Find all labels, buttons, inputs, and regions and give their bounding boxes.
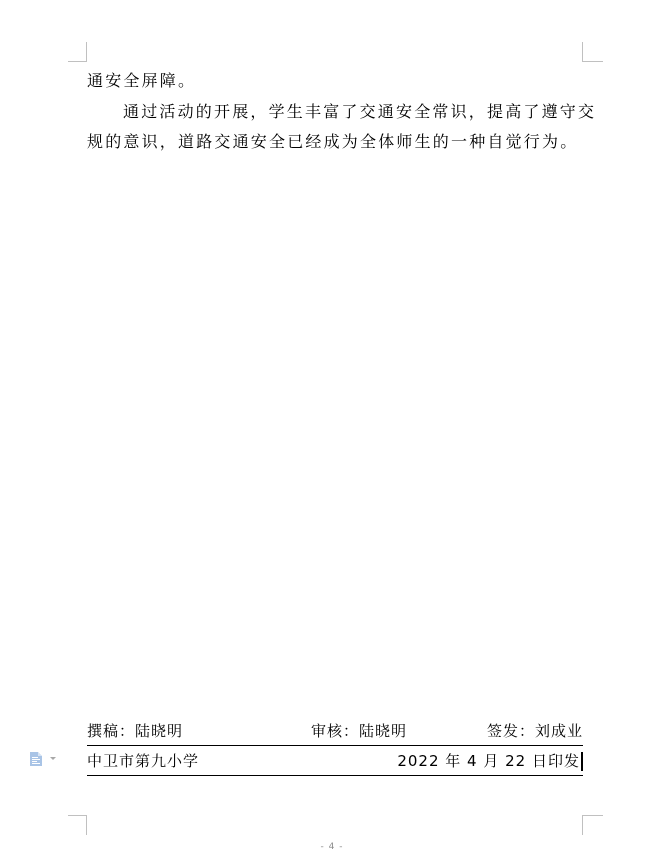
- issue-date[interactable]: 2022 年 4 月 22 日印发: [397, 752, 580, 770]
- document-page: 通安全屏障。 通过活动的开展，学生丰富了交通安全常识，提高了遵守交 规的意识，道…: [0, 0, 664, 863]
- crop-mark-bottom-right: [582, 815, 603, 835]
- organization-name[interactable]: 中卫市第九小学: [87, 750, 199, 771]
- drafter-label[interactable]: 撰稿：陆晓明: [87, 720, 257, 741]
- crop-mark-bottom-left: [68, 815, 87, 835]
- issuer-label[interactable]: 签发：刘成业: [487, 720, 583, 741]
- reviewer-label[interactable]: 审核：陆晓明: [263, 720, 481, 741]
- chevron-down-icon[interactable]: [50, 757, 56, 760]
- document-footer-block: 撰稿：陆晓明 审核：陆晓明 签发：刘成业 中卫市第九小学 2022 年 4 月 …: [87, 716, 583, 776]
- text-cursor: [581, 752, 583, 771]
- paragraph-continuation[interactable]: 通安全屏障。: [87, 66, 587, 97]
- paragraph-line-1[interactable]: 通过活动的开展，学生丰富了交通安全常识，提高了遵守交: [87, 97, 587, 128]
- paragraph-line-2[interactable]: 规的意识，道路交通安全已经成为全体师生的一种自觉行为。: [87, 127, 587, 158]
- page-number: - 4 -: [0, 842, 664, 852]
- document-icon-glyph: [30, 752, 42, 766]
- crop-mark-top-left: [68, 42, 87, 62]
- document-paste-options-icon[interactable]: [30, 752, 42, 766]
- footer-signatures-row: 撰稿：陆晓明 审核：陆晓明 签发：刘成业: [87, 716, 583, 746]
- crop-mark-top-right: [582, 42, 603, 62]
- footer-issue-row: 中卫市第九小学 2022 年 4 月 22 日印发: [87, 746, 583, 776]
- document-body[interactable]: 通安全屏障。 通过活动的开展，学生丰富了交通安全常识，提高了遵守交 规的意识，道…: [87, 66, 587, 158]
- issue-date-wrapper[interactable]: 2022 年 4 月 22 日印发: [397, 750, 583, 771]
